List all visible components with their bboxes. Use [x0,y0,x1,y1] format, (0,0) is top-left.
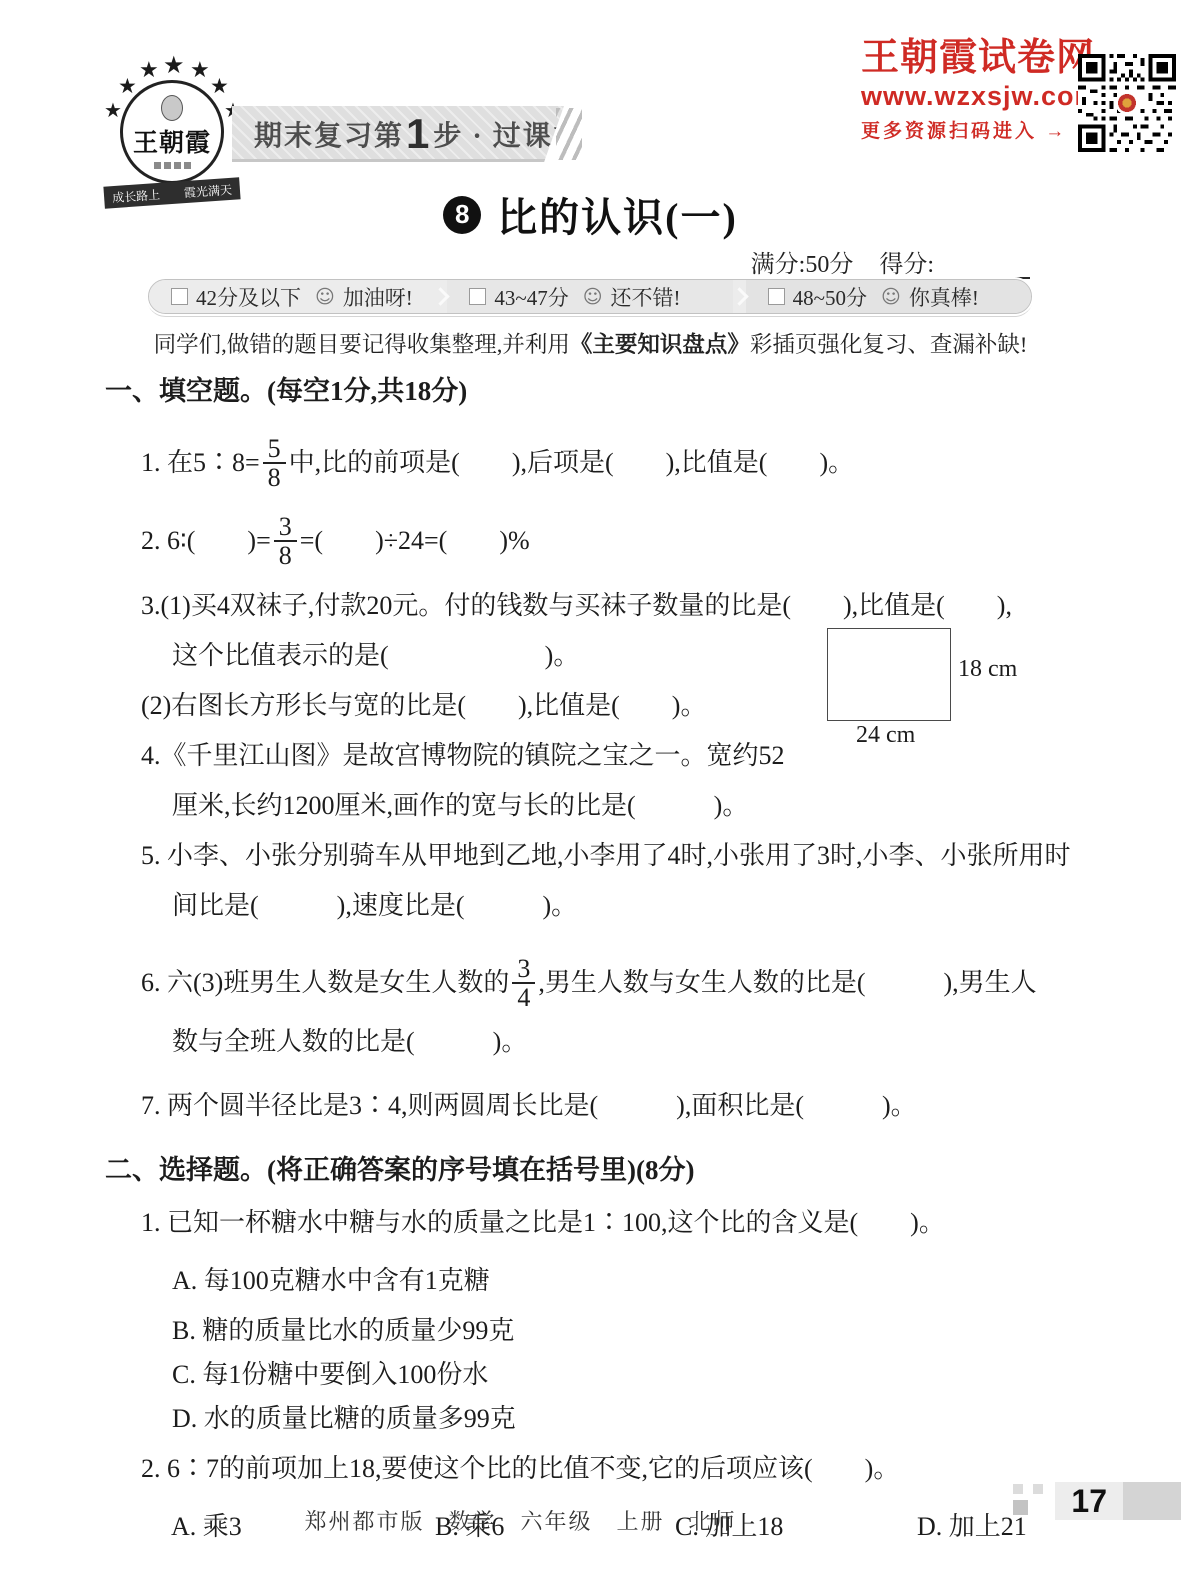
score-checkbox[interactable] [768,288,785,305]
badge-circle: 王朝霞 [120,80,224,184]
q2-pre: 2. 6∶( )= [141,524,271,558]
score-label: 得分: [879,252,934,278]
brand-site-url: www.wzxsjw.com [861,81,1091,112]
star-icon: ★ [118,74,137,98]
fraction-numerator: 5 [263,435,286,464]
score-remark: 你真棒! [909,282,979,312]
q2-post: =( )÷24=( )% [300,524,530,558]
page-title: 比的认识(一) [497,186,738,243]
page-number-squares-decoration [1013,1482,1047,1520]
page-number-bar-decoration [1123,1482,1181,1520]
star-icon: ★ [210,74,229,98]
banner-pre: 期末复习第 [254,114,404,154]
question-6-line2: 数与全班人数的比是( )。 [105,1025,1085,1059]
brand-badge-logo: ★ ★ ★ ★ ★ ★ ★ 王朝霞 成长路上 霞光满天 [108,60,236,200]
question-1: 1. 在5∶8= 5 8 中,比的前项是( ),后项是( ),比值是( )。 [105,427,1085,499]
smiley-icon: ☺ [881,286,901,308]
notice-line: 同学们,做错的题目要记得收集整理,并利用《主要知识盘点》彩插页强化复习、查漏补缺… [0,327,1181,359]
section1-heading: 一、填空题。(每空1分,共18分) [105,374,1085,409]
question-3-line1: 3.(1)买4双袜子,付款20元。付的钱数与买袜子数量的比是( ),比值是( )… [105,589,1085,623]
star-icon: ★ [139,58,159,83]
fraction: 3 8 [274,513,297,570]
portrait-icon [161,95,183,121]
badge-logo-name: 王朝霞 [133,123,211,159]
score-range-label: 43~47分 [494,282,568,312]
section2-question-2: 2. 6∶7的前项加上18,要使这个比的比值不变,它的后项应该( )。 [105,1452,1085,1486]
s2q1-option-b: B. 糖的质量比水的质量少99克 [105,1314,1085,1348]
q1-post: 中,比的前项是( ),后项是( ),比值是( )。 [289,446,854,480]
fraction: 5 8 [263,435,286,492]
s2q1-option-c: C. 每1份糖中要倒入100份水 [105,1358,1085,1392]
score-range-segment: 42分及以下 ☺ 加油呀! [149,280,434,313]
q6-post: ,男生人数与女生人数的比是( ),男生人 [538,966,1036,1000]
s2q1-option-a: A. 每100克糖水中含有1克糖 [105,1264,1085,1298]
star-icon: ★ [104,98,122,122]
smiley-icon: ☺ [315,286,335,308]
full-score-label: 满分:50分 [751,252,854,278]
star-icon: ★ [190,58,210,83]
score-range-label: 42分及以下 [196,282,301,312]
question-7: 7. 两个圆半径比是3∶4,则两圆周长比是( ),面积比是( )。 [105,1089,1085,1123]
title-row: 8 比的认识(一) [0,186,1181,243]
footer-edition-text: 郑州都市版 数学 六年级 上册 北师 [0,1505,1181,1536]
question-5-line1: 5. 小李、小张分别骑车从甲地到乙地,小李用了4时,小张用了3时,小李、小张所用… [105,839,1085,873]
brand-scan-hint: 更多资源扫码进入 → [861,116,1091,143]
brand-block: 王朝霞试卷网 www.wzxsjw.com 更多资源扫码进入 → [861,26,1091,143]
score-line: 满分:50分得分: [751,244,1030,279]
question-5-line2: 间比是( ),速度比是( )。 [105,889,1085,923]
q1-pre: 1. 在5∶8= [141,446,260,480]
page-number-block: 17 [1013,1482,1181,1520]
score-blank-line[interactable] [934,257,1030,279]
fraction-denominator: 8 [274,542,297,569]
badge-tiny-text-decoration [154,162,191,169]
page-number-band: 17 [1055,1482,1123,1520]
fraction-denominator: 4 [512,984,535,1011]
page-number: 17 [1071,1483,1107,1520]
rectangle-figure [827,628,951,721]
fraction-denominator: 8 [263,464,286,491]
score-range-segment: 43~47分 ☺ 还不错! [447,280,732,313]
banner-step-number: 1 [406,113,431,155]
rectangle-height-label: 18 cm [958,656,1017,683]
brand-site-name: 王朝霞试卷网 [861,26,1091,81]
fraction-numerator: 3 [512,955,535,984]
score-range-band: 42分及以下 ☺ 加油呀! 43~47分 ☺ 还不错! 48~50分 ☺ 你真棒… [148,279,1032,314]
exam-paper-page: 王朝霞试卷网 www.wzxsjw.com 更多资源扫码进入 → [0,0,1181,1582]
lesson-number-badge: 8 [443,196,481,234]
section2-heading: 二、选择题。(将正确答案的序号填在括号里)(8分) [105,1153,1085,1188]
banner-text: 期末复习第 1 步 · 过课本 [254,113,583,155]
banner-stripes-decoration [556,108,582,160]
fraction: 3 4 [512,955,535,1012]
section2-question-1: 1. 已知一杯糖水中糖与水的质量之比是1∶100,这个比的含义是( )。 [105,1206,1085,1240]
qr-code-icon [1078,54,1176,152]
header-banner: 期末复习第 1 步 · 过课本 [232,106,564,162]
notice-pre: 同学们,做错的题目要记得收集整理,并利用 [154,332,570,357]
score-range-segment: 48~50分 ☺ 你真棒! [746,280,1031,313]
question-area: 一、填空题。(每空1分,共18分) 1. 在5∶8= 5 8 中,比的前项是( … [105,374,1085,1546]
rectangle-width-label: 24 cm [856,722,915,749]
question-6: 6. 六(3)班男生人数是女生人数的 3 4 ,男生人数与女生人数的比是( ),… [105,947,1085,1019]
notice-book-title: 《主要知识盘点》 [570,332,750,357]
fraction-numerator: 3 [274,513,297,542]
score-remark: 还不错! [611,282,681,312]
notice-post: 彩插页强化复习、查漏补缺! [750,332,1028,357]
smiley-icon: ☺ [583,286,603,308]
score-checkbox[interactable] [171,288,188,305]
star-icon: ★ [163,51,185,79]
question-2: 2. 6∶( )= 3 8 =( )÷24=( )% [105,505,1085,577]
question-4-line1: 4.《千里江山图》是故宫博物院的镇院之宝之一。宽约52 [105,739,1085,773]
q6-pre: 6. 六(3)班男生人数是女生人数的 [141,966,509,1000]
score-checkbox[interactable] [469,288,486,305]
s2q1-option-d: D. 水的质量比糖的质量多99克 [105,1402,1085,1436]
score-remark: 加油呀! [343,282,413,312]
question-4-line2: 厘米,长约1200厘米,画作的宽与长的比是( )。 [105,789,1085,823]
score-range-label: 48~50分 [793,282,867,312]
